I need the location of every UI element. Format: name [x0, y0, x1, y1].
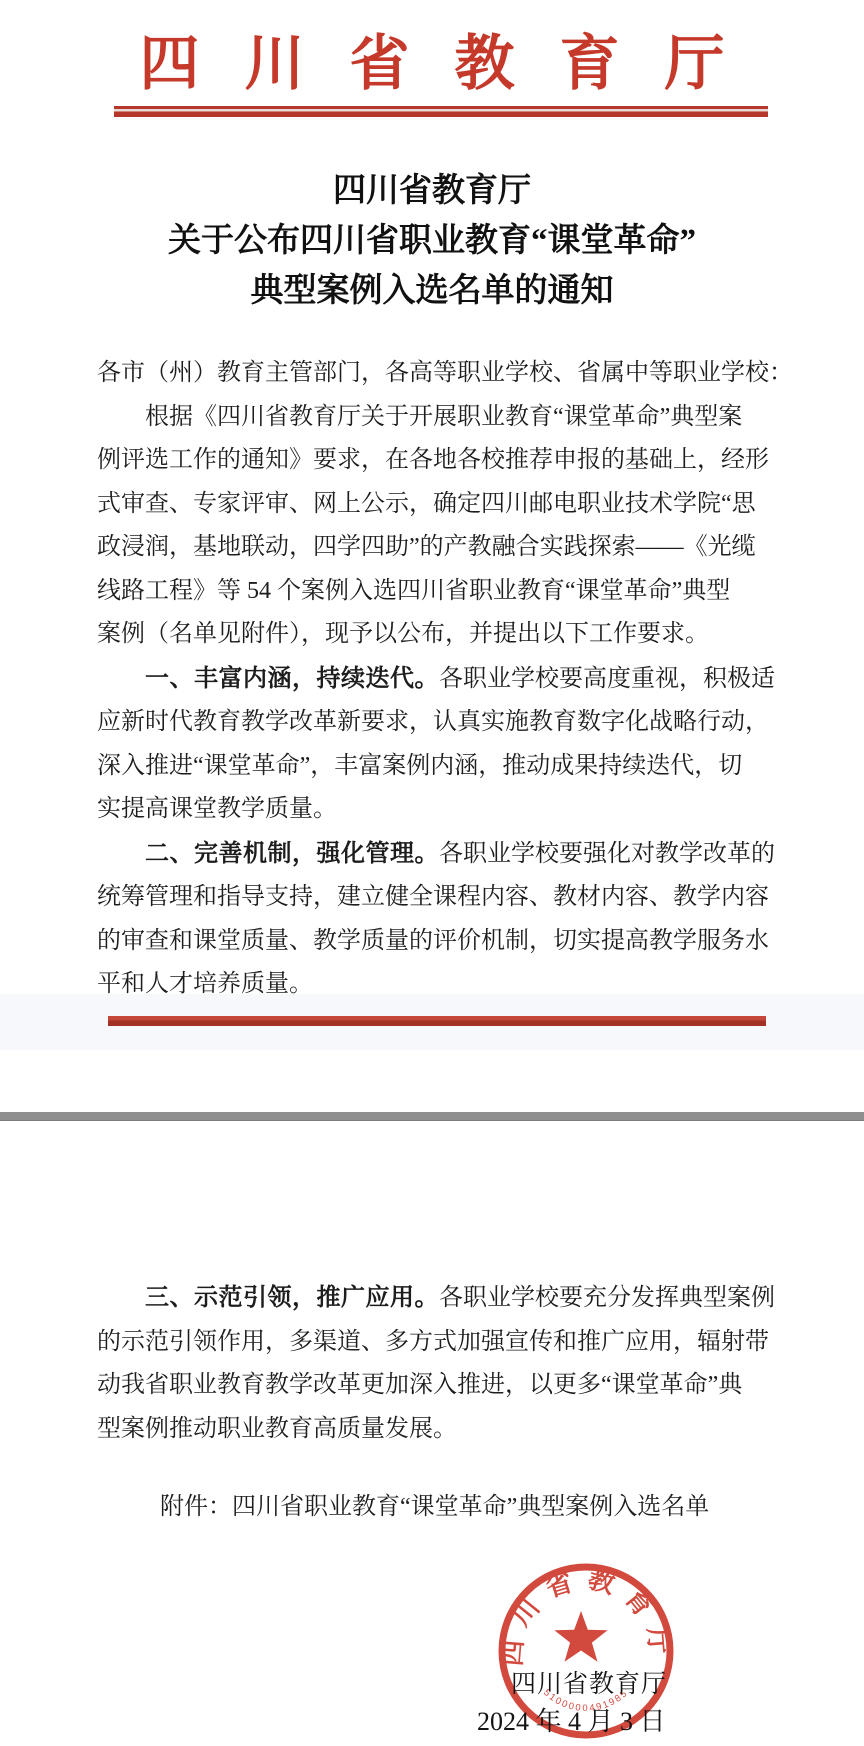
text-line: 线路工程》等 54 个案例入选四川省职业教育“课堂革命”典型: [97, 570, 773, 614]
text-line: 应新时代教育教学改革新要求，认真实施教育数字化战略行动，: [97, 701, 773, 745]
title-line-1: 四川省教育厅: [0, 166, 864, 216]
text-line: 的示范引领作用，多渠道、多方式加强宣传和推广应用，辐射带: [97, 1321, 773, 1365]
page-break-divider: [0, 1112, 864, 1121]
text-line: 型案例推动职业教育高质量发展。: [97, 1408, 773, 1452]
footer-red-rule: [108, 1016, 766, 1026]
title-line-3: 典型案例入选名单的通知: [0, 266, 864, 316]
letterhead-red-rule: [114, 106, 768, 117]
text-line: 深入推进“课堂革命”，丰富案例内涵，推动成果持续迭代，切: [97, 745, 773, 789]
text-line: 政浸润，基地联动，四学四助”的产教融合实践探索——《光缆: [97, 526, 773, 570]
text-line: 的审查和课堂质量、教学质量的评价机制，切实提高教学服务水: [97, 920, 773, 964]
text-line: 根据《四川省教育厅关于开展职业教育“课堂革命”典型案: [97, 396, 773, 440]
document-date: 2024 年 4 月 3 日: [477, 1701, 666, 1738]
document-page: 四川省教育厅 四川省教育厅 关于公布四川省职业教育“课堂革命” 典型案例入选名单…: [0, 0, 864, 1746]
text-line: 动我省职业教育教学改革更加深入推进，以更多“课堂革命”典: [97, 1364, 773, 1408]
text-line: 案例（名单见附件），现予以公布，并提出以下工作要求。: [97, 613, 773, 657]
text-line: 一、丰富内涵，持续迭代。各职业学校要高度重视，积极适: [97, 657, 773, 702]
text-line: 统筹管理和指导支持，建立健全课程内容、教材内容、教学内容: [97, 876, 773, 920]
signature: 四川省教育厅: [511, 1664, 671, 1700]
text-line: 实提高课堂教学质量。: [97, 788, 773, 832]
letterhead-title: 四川省教育厅: [140, 31, 770, 97]
text-line: 二、完善机制，强化管理。各职业学校要强化对教学改革的: [97, 832, 773, 877]
document-title: 四川省教育厅 关于公布四川省职业教育“课堂革命” 典型案例入选名单的通知: [0, 166, 864, 316]
star-icon: [554, 1611, 607, 1662]
text-line: 式审查、专家评审、网上公示，确定四川邮电职业技术学院“思: [97, 483, 773, 527]
body-page2: 三、示范引领，推广应用。各职业学校要充分发挥典型案例的示范引领作用，多渠道、多方…: [97, 1276, 773, 1451]
text-line: 三、示范引领，推广应用。各职业学校要充分发挥典型案例: [97, 1276, 773, 1321]
title-line-2: 关于公布四川省职业教育“课堂革命”: [0, 216, 864, 266]
text-line: 各市（州）教育主管部门，各高等职业学校、省属中等职业学校：: [97, 352, 773, 396]
text-line: 例评选工作的通知》要求，在各地各校推荐申报的基础上，经形: [97, 439, 773, 483]
attachment-line: 附件：四川省职业教育“课堂革命”典型案例入选名单: [160, 1492, 709, 1522]
body-page1: 各市（州）教育主管部门，各高等职业学校、省属中等职业学校：根据《四川省教育厅关于…: [97, 352, 773, 1007]
letterhead: 四川省教育厅: [0, 16, 864, 102]
